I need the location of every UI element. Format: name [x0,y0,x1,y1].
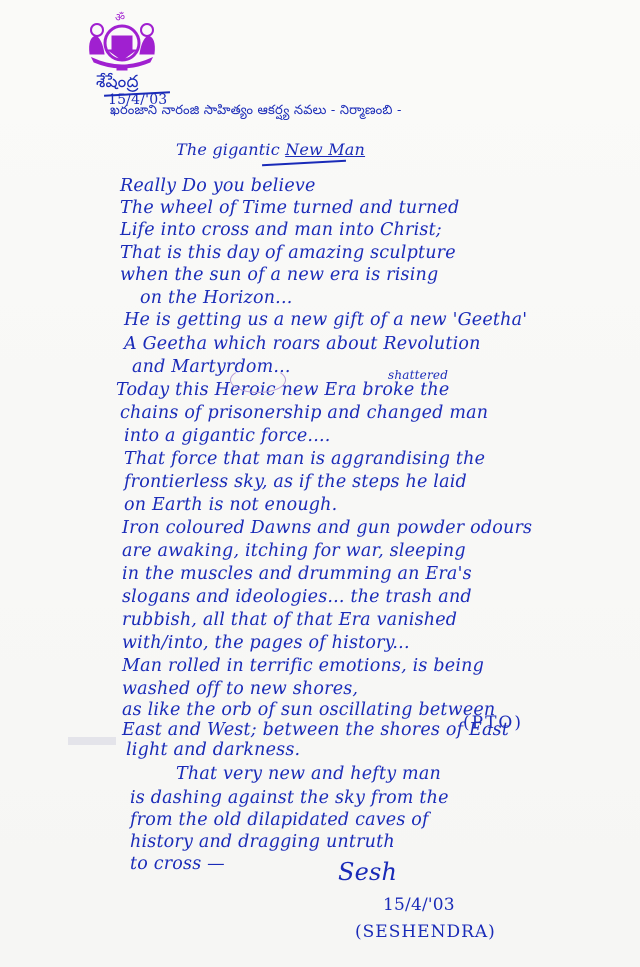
margin-mark [68,737,116,745]
letter-line: is dashing against the sky from the [130,788,449,808]
letter-line: He is getting us a new gift of a new 'Ge… [124,310,527,330]
title-prefix: The gigantic [176,140,285,159]
pto-note: (PTO) [463,713,523,733]
signature: Sesh [338,858,397,886]
signature-name: (SESHENDRA) [355,922,496,942]
letter-line: Iron coloured Dawns and gun powder odour… [122,518,532,538]
letter-line: The wheel of Time turned and turned [120,198,459,218]
letter-line: Really Do you believe [120,176,316,196]
letter-line: on the Horizon... [140,288,292,308]
letter-line: light and darkness. [126,740,300,760]
telugu-subtitle-line: ఖరంజాని నారంజి సాహిత్యం ఆకర్ష్య నవలు - న… [110,103,402,121]
letter-page: ॐ శేషేంద్ర 15/4/'03 ఖరంజాని నారంజి సాహిత… [0,0,640,967]
letter-line: history and dragging untruth [130,832,395,852]
letter-line: chains of prisonership and changed man [120,403,488,423]
letter-line: Life into cross and man into Christ; [120,220,442,240]
title-underline [262,160,346,166]
highlight-oval [230,367,286,393]
letter-line: rubbish, all that of that Era vanished [122,610,457,630]
inserted-word: shattered [388,368,448,382]
letter-line: That force that man is aggrandising the [124,449,485,469]
letter-line: slogans and ideologies... the trash and [122,587,472,607]
title-underlined: New Man [285,140,365,159]
letter-line: are awaking, itching for war, sleeping [122,541,466,561]
letter-line: to cross — [130,854,225,874]
letter-title: The gigantic New Man [176,140,365,159]
letter-line: frontierless sky, as if the steps he lai… [124,472,467,492]
letter-line: as like the orb of sun oscillating betwe… [122,700,495,720]
letter-line: A Geetha which roars about Revolution [124,334,481,354]
letter-line: in the muscles and drumming an Era's [122,564,472,584]
letter-line: with/into, the pages of history... [122,633,410,653]
signature-date: 15/4/'03 [383,895,455,915]
royal-crest-emblem-icon: ॐ [84,10,160,74]
letter-line: washed off to new shores, [122,679,358,699]
svg-text:ॐ: ॐ [115,11,125,24]
letter-line: into a gigantic force.... [124,426,330,446]
letter-line: on Earth is not enough. [124,495,337,515]
letter-line: Man rolled in terrific emotions, is bein… [122,656,484,676]
letter-line: from the old dilapidated caves of [130,810,429,830]
letter-line: East and West; between the shores of Eas… [122,720,509,740]
letter-line: That very new and hefty man [176,764,441,784]
letter-line: That is this day of amazing sculpture [120,243,456,263]
letter-line: when the sun of a new era is rising [120,265,438,285]
